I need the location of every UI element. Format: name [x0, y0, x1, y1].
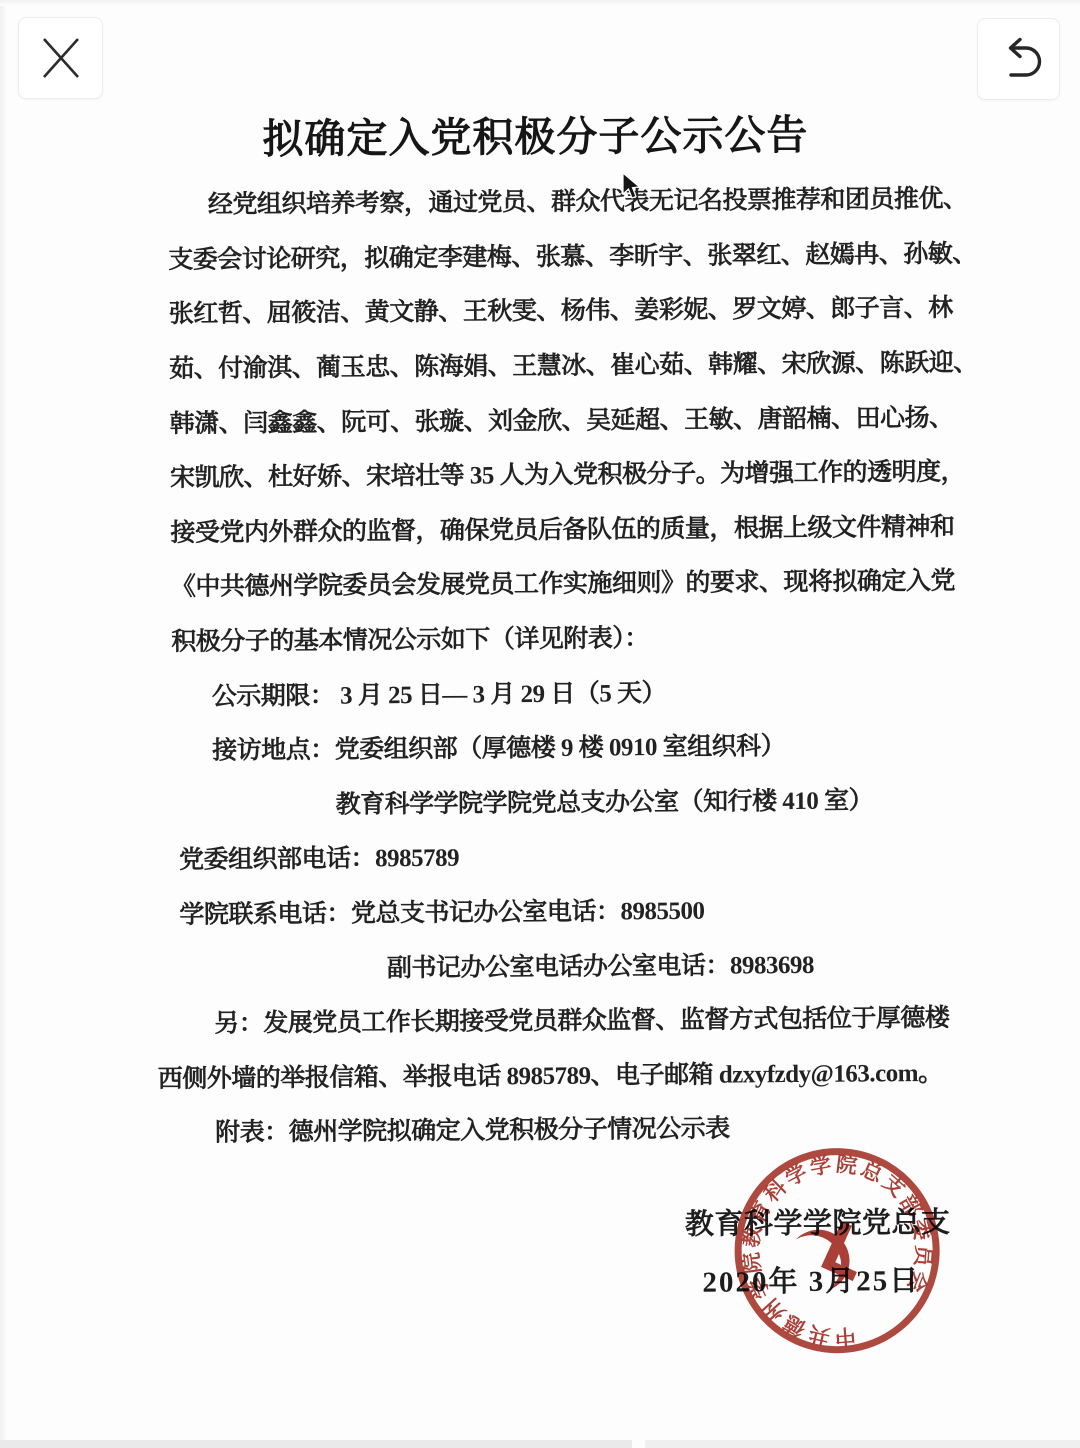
body-line-visit-location: 接访地点：党委组织部（厚德楼 9 楼 0910 室组织科） [212, 715, 1010, 776]
document-body: 经党组织培养考察，通过党员、群众代表无记名投票推荐和团员推优、 支委会讨论研究，… [146, 169, 1014, 1158]
body-line: 宋凯欣、杜好娇、宋培壮等 35 人为入党积极分子。为增强工作的透明度， [170, 442, 1008, 503]
body-line: 接受党内外群众的监督，确保党员后备队伍的质量，根据上级文件精神和 [170, 497, 1008, 558]
next-page-edge-right [645, 1440, 1080, 1448]
document-viewer-screen: 拟确定入党积极分子公示公告 经党组织培养考察，通过党员、群众代表无记名投票推荐和… [0, 0, 1080, 1448]
body-line-phone-2: 学院联系电话：党总支书记办公室电话：8985500 [179, 879, 1011, 940]
body-line: 茹、付渝淇、蔺玉忠、陈海娟、王慧冰、崔心茹、韩耀、宋欣源、陈跃迎、 [169, 333, 1007, 394]
scanned-document: 拟确定入党积极分子公示公告 经党组织培养考察，通过党员、群众代表无记名投票推荐和… [0, 0, 1080, 1448]
body-line-phone-1: 党委组织部电话：8985789 [179, 824, 1011, 885]
body-line: 张红哲、屈筱洁、黄文静、王秋雯、杨伟、姜彩妮、罗文婷、郎子言、林 [169, 279, 1007, 340]
hammer-sickle-icon [795, 1219, 868, 1295]
body-line: 积极分子的基本情况公示如下（详见附表）： [171, 606, 1009, 667]
body-line: 经党组织培养考察，通过党员、群众代表无记名投票推荐和团员推优、 [208, 169, 1006, 230]
body-line: 韩潇、闫鑫鑫、阮可、张璇、刘金欣、吴延超、王敏、唐韶楠、田心扬、 [169, 388, 1007, 449]
body-line-office-location: 教育科学学院学院党总支办公室（知行楼 410 室） [335, 770, 1010, 830]
body-line: 支委会讨论研究，拟确定李建梅、张慕、李昕宇、张翠红、赵嫣冉、孙敏、 [168, 224, 1006, 285]
body-line: 《中共德州学院委员会发展党员工作实施细则》的要求、现将拟确定入党 [171, 551, 1009, 612]
body-line-email: 西侧外墙的举报信箱、举报电话 8985789、电子邮箱 dzxyfzdy@163… [158, 1043, 1013, 1104]
body-line: 另：发展党员工作长期接受党员群众监督、监督方式包括位于厚德楼 [214, 988, 1012, 1049]
page-title: 拟确定入党积极分子公示公告 [0, 100, 1076, 167]
body-line-phone-3: 副书记办公室电话办公室电话：8983698 [387, 934, 1012, 994]
mouse-cursor-icon [621, 172, 647, 202]
body-line-public-period: 公示期限： 3 月 25 日— 3 月 29 日（5 天） [212, 661, 1010, 722]
official-seal-stamp: 中共德州学院教育科学学院总支部委员会 [729, 1143, 945, 1359]
next-page-edge-left [0, 1440, 632, 1448]
